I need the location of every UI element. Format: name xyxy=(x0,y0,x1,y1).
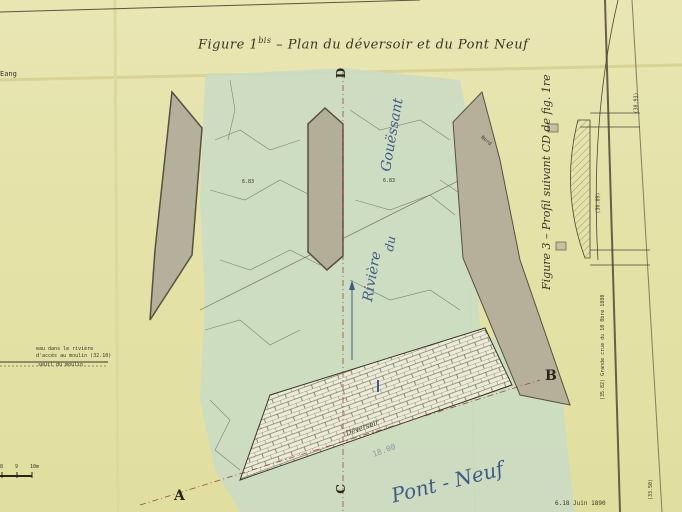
elevation-profile-mid: (36.89) xyxy=(596,192,602,213)
river-label-du: du xyxy=(382,235,398,253)
signature-date: 6.18 Juin 1890 xyxy=(555,500,606,507)
scale-tick-10m: 10m xyxy=(30,464,39,470)
elevation-profile-top: (38.93) xyxy=(634,92,640,113)
section-letter-b: B xyxy=(545,368,557,384)
sheet-edge xyxy=(632,0,662,512)
section-letter-a: A xyxy=(174,488,185,504)
engineering-drawing-sheet: Figure 1bis – Plan du déversoir et du Po… xyxy=(0,0,682,512)
scale-bar xyxy=(0,472,32,478)
title-sup: bis xyxy=(258,36,271,45)
left-note-line1: eau dans le rivière xyxy=(36,346,93,352)
elevation-right-edge: (33.50) xyxy=(648,479,654,500)
title-prefix: Figure 1 xyxy=(198,37,258,52)
section-letter-d: D xyxy=(334,68,348,78)
figure-3-label: Figure 3 – Profil suivant CD de fig. 1re xyxy=(540,74,553,290)
scale-tick-8: 8 xyxy=(0,464,3,470)
drawing-title: Figure 1bis – Plan du déversoir et du Po… xyxy=(198,36,528,52)
border-line xyxy=(0,0,420,12)
scale-tick-9: 9 xyxy=(15,464,18,470)
left-note-line2: d'accès au moulin (32.10) xyxy=(36,353,111,359)
margin-note-left: Eang xyxy=(0,70,17,78)
section-letter-c: C xyxy=(334,484,348,494)
left-pier xyxy=(150,92,202,320)
elevation-left-pool: 6.83 xyxy=(242,179,254,185)
center-pier xyxy=(308,108,343,270)
title-rest: – Plan du déversoir et du Pont Neuf xyxy=(276,37,528,52)
flood-note: (35.82) Grande crue du 10 8bre 1880 xyxy=(600,295,606,400)
left-note-line3: seuil du moulin xyxy=(38,362,83,368)
elevation-center-pool: 6.83 xyxy=(383,178,395,184)
sheet-edge xyxy=(605,0,620,512)
